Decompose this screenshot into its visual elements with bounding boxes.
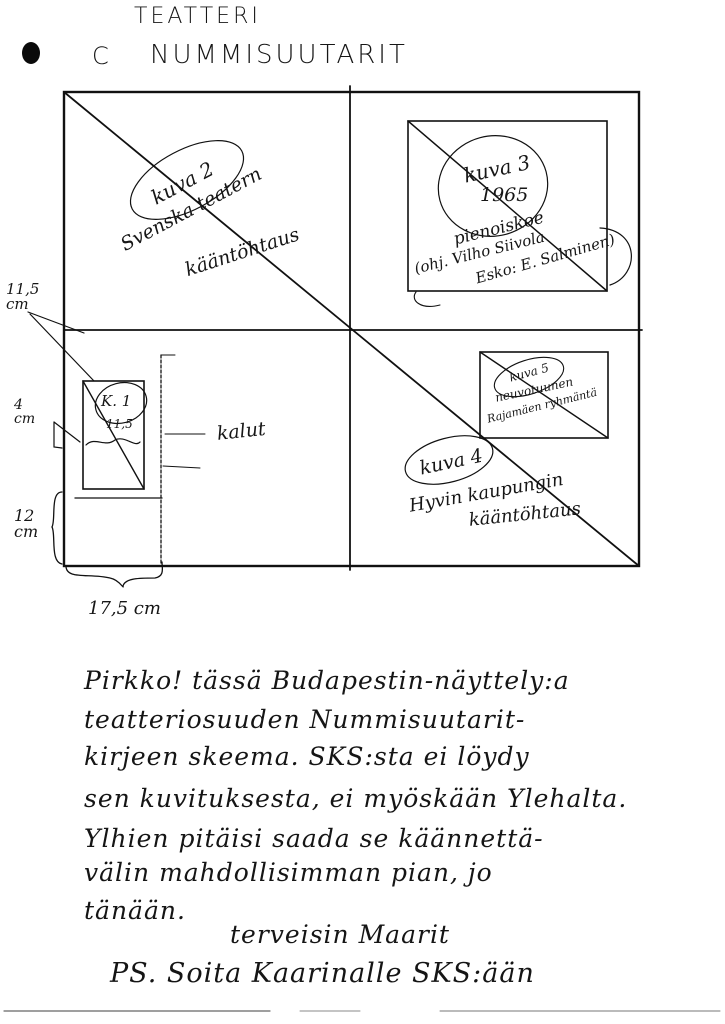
- letter-line-3: kirjeen skeema. SKS:sta ei löydy: [84, 742, 530, 771]
- letter-line-6: välin mahdollisimman pian, jo: [84, 858, 493, 887]
- letter-line-4: sen kuvituksesta, ei myöskään Ylehalta.: [84, 784, 627, 813]
- dimension-bottom-width: 17,5 cm: [88, 600, 161, 618]
- letter-postscript: PS. Soita Kaarinalle SKS:ään: [110, 958, 535, 989]
- kuva-1-sublabel: 11,5: [106, 418, 133, 430]
- dimension-left-bottom: 12 cm: [14, 508, 40, 540]
- letter-signature: terveisin Maarit: [230, 920, 450, 949]
- scanned-document-page: TEATTERI C NUMMISUUTARIT: [0, 0, 725, 1024]
- dimension-left-top: 11,5 cm: [6, 282, 34, 312]
- letter-line-1: Pirkko! tässä Budapestin-näyttely:a: [84, 666, 570, 695]
- dimension-left-mid: 4 cm: [14, 398, 38, 426]
- letter-line-5: Ylhien pitäisi saada se käännettä-: [84, 824, 544, 853]
- letter-line-7: tänään.: [84, 896, 186, 925]
- kuva-1-label: K. 1: [101, 394, 131, 409]
- kuva-3-year: 1965: [480, 186, 528, 205]
- letter-line-2: teatteriosuuden Nummisuutarit-: [84, 705, 525, 734]
- kalut-annotation: kalut: [216, 420, 267, 444]
